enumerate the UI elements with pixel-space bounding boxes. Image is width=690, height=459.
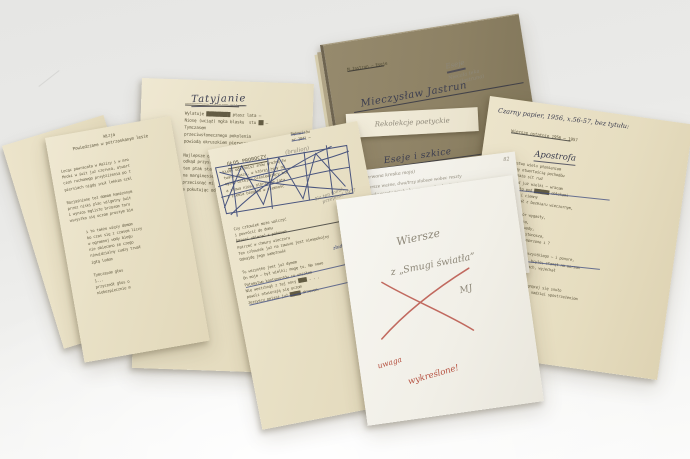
folder-author: Mieczysław Jastrun (360, 80, 468, 110)
ink-archival-note: Czarny papier, 1956, x.56-57, bez tytułu… (498, 106, 630, 130)
red-note-line2: wykreślone! (407, 363, 460, 387)
background-scratch (38, 70, 59, 87)
photograph-of-manuscripts: Tatyjanie —————————— ·—·—·—— —··——— Wyla… (0, 0, 690, 459)
white-note-sheet-front: Wiersze z „Smugi światła” MJ uwaga wykre… (336, 175, 544, 426)
crossed-typed-subtitle: —————————— ·—·—·—— —··——— (185, 102, 245, 111)
white-paper-label: Rekolekcje poetyckie (346, 107, 479, 138)
pencil-title-line1: Wiersze (395, 226, 441, 248)
typed-body: Lecąc powracała w Halicy i w mroMroki w … (59, 142, 195, 299)
crossed-typed-label: M.Jastrun — Eseje (347, 62, 388, 75)
crossed-stamp: Rękopisów nr 2841 — (290, 129, 311, 144)
pencil-number: 82 (503, 156, 510, 163)
red-pencil-cross (369, 262, 482, 350)
label-text: Rekolekcje poetyckie (375, 117, 450, 129)
red-note-line1: uwaga (376, 355, 403, 371)
